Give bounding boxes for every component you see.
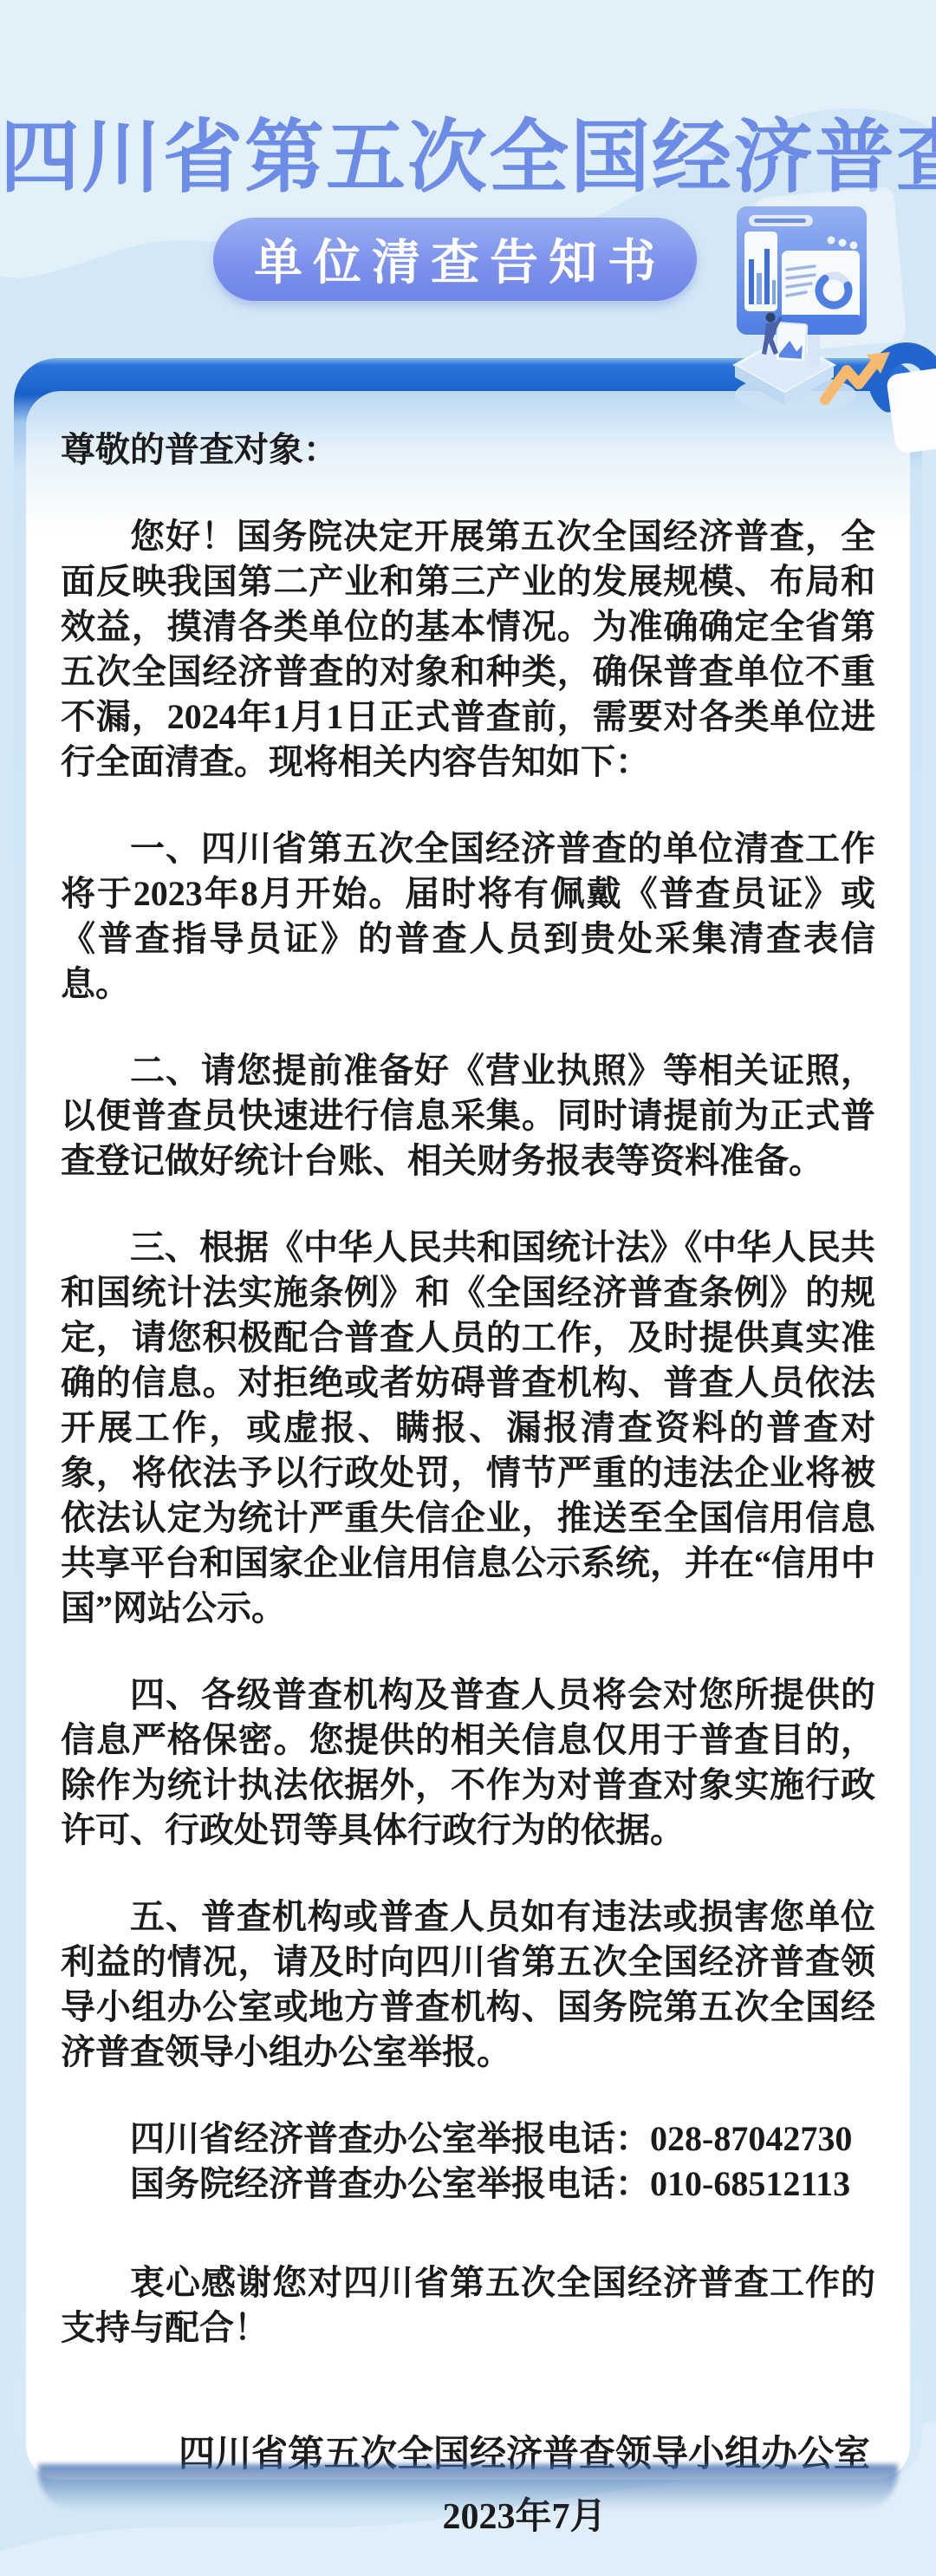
notice-card-body: 尊敬的普查对象： 您好！国务院决定开展第五次全国经济普查，全面反映我国第二产业和… xyxy=(26,391,910,2480)
notice-card: 尊敬的普查对象： 您好！国务院决定开展第五次全国经济普查，全面反映我国第二产业和… xyxy=(14,358,922,2480)
report-panel xyxy=(782,251,860,322)
back-window xyxy=(755,186,907,352)
signature-block: 四川省第五次全国经济普查领导小组办公室 2023年7月 xyxy=(61,2430,875,2541)
hotline-statecouncil: 国务院经济普查办公室举报电话：010-68512113 xyxy=(61,2162,875,2207)
bar-chart-icon xyxy=(749,249,776,304)
paragraph-intro: 您好！国务院决定开展第五次全国经济普查，全面反映我国第二产业和第三产业的发展规模… xyxy=(61,514,875,785)
hotline-sichuan-label: 四川省经济普查办公室举报电话： xyxy=(130,2119,650,2158)
picture-frame-icon xyxy=(776,323,808,362)
browser-dots-icon xyxy=(828,237,858,250)
hotline-statecouncil-number: 010-68512113 xyxy=(650,2164,850,2203)
person-figure xyxy=(762,313,782,355)
hotline-sichuan: 四川省经济普查办公室举报电话：028-87042730 xyxy=(61,2116,875,2162)
monitor-bezel xyxy=(777,315,863,334)
bar-chart-panel xyxy=(744,232,777,311)
text-lines-icon xyxy=(787,266,815,296)
url-bar xyxy=(749,215,813,226)
hotline-sichuan-number: 028-87042730 xyxy=(650,2119,852,2158)
subtitle-badge-label: 单位清查告知书 xyxy=(244,225,666,294)
page-title: 四川省第五次全国经济普查 xyxy=(0,94,936,208)
paragraph-item-1: 一、四川省第五次全国经济普查的单位清查工作将于2023年8月开始。届时将有佩戴《… xyxy=(61,826,875,1007)
closing-thanks: 衷心感谢您对四川省第五次全国经济普查工作的支持与配合！ xyxy=(61,2260,875,2351)
hotline-list: 四川省经济普查办公室举报电话：028-87042730 国务院经济普查办公室举报… xyxy=(61,2116,875,2207)
signature-org: 四川省第五次全国经济普查领导小组办公室 xyxy=(179,2430,870,2479)
paragraph-item-3: 三、根据《中华人民共和国统计法》《中华人民共和国统计法实施条例》和《全国经济普查… xyxy=(61,1225,875,1631)
browser-window-icon xyxy=(737,206,867,335)
paragraph-item-5: 五、普查机构或普查人员如有违法或损害您单位利益的情况，请及时向四川省第五次全国经… xyxy=(61,1895,875,2075)
paragraph-item-2: 二、请您提前准备好《营业执照》等相关证照，以便普查员快速进行信息采集。同时请提前… xyxy=(61,1048,875,1184)
paragraph-item-4: 四、各级普查机构及普查人员将会对您所提供的信息严格保密。您提供的相关信息仅用于普… xyxy=(61,1673,875,1853)
signature-date: 2023年7月 xyxy=(179,2493,870,2541)
hotline-statecouncil-label: 国务院经济普查办公室举报电话： xyxy=(130,2164,650,2203)
donut-chart-icon xyxy=(815,271,853,310)
greeting-line: 尊敬的普查对象： xyxy=(61,427,875,473)
subtitle-badge: 单位清查告知书 xyxy=(213,218,697,301)
